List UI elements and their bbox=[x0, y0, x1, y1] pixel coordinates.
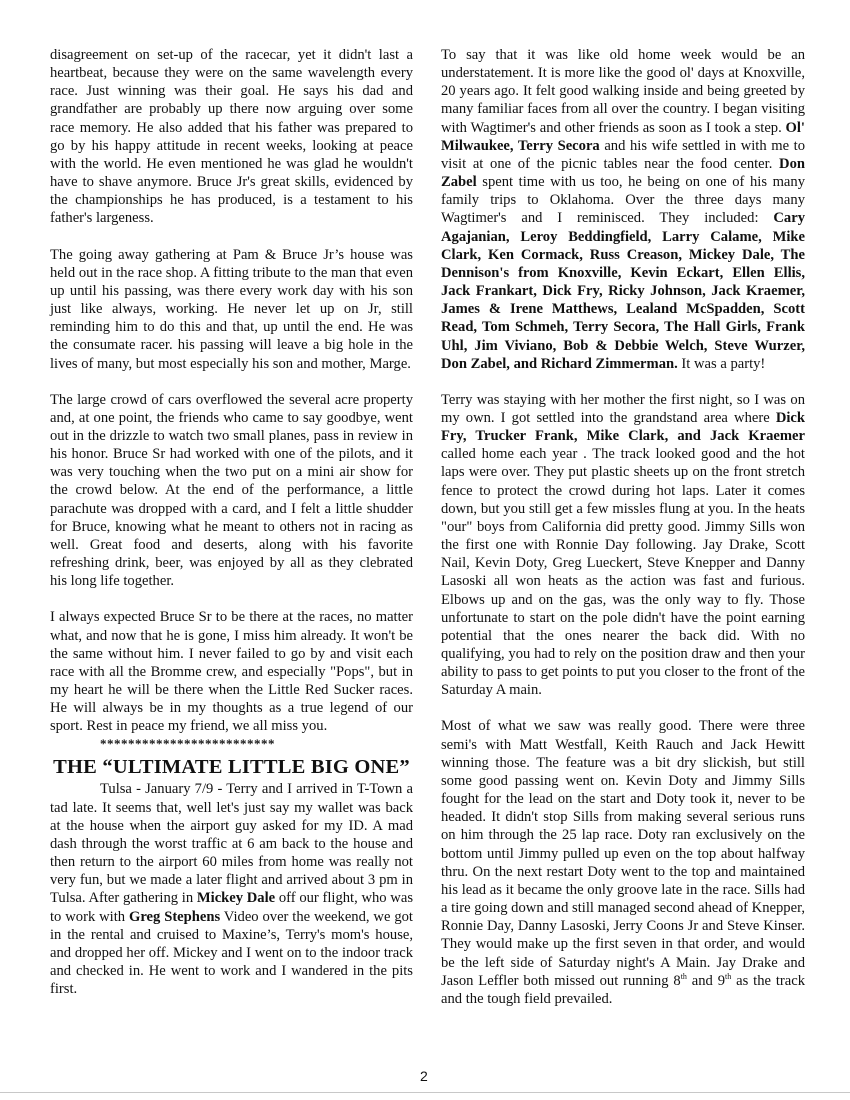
paragraph-crowd-planes: The large crowd of cars overflowed the s… bbox=[50, 391, 413, 591]
section-separator: ************************* bbox=[50, 735, 413, 752]
text-run: To say that it was like old home week wo… bbox=[441, 47, 805, 136]
text-run: Terry was staying with her mother the fi… bbox=[441, 392, 805, 426]
text-run: Tulsa - January 7/9 - Terry and I arrive… bbox=[50, 781, 413, 906]
text-run: called home each year . The track looked… bbox=[441, 446, 805, 698]
bold-names-list: Cary Agajanian, Leroy Beddingfield, Larr… bbox=[441, 210, 805, 371]
left-column: disagreement on set-up of the racecar, y… bbox=[50, 46, 413, 998]
paragraph-going-away-gathering: The going away gathering at Pam & Bruce … bbox=[50, 246, 413, 373]
bold-name: Greg Stephens bbox=[129, 909, 220, 925]
paragraph-old-home-week: To say that it was like old home week wo… bbox=[441, 46, 805, 373]
right-column: To say that it was like old home week wo… bbox=[441, 46, 805, 1008]
paragraph-feature-race: Most of what we saw was really good. The… bbox=[441, 717, 805, 1008]
page-bottom-rule bbox=[0, 1092, 850, 1093]
paragraph-rest-in-peace: I always expected Bruce Sr to be there a… bbox=[50, 608, 413, 735]
text-run: spent time with us too, he being on one … bbox=[441, 174, 805, 226]
text-run: Most of what we saw was really good. The… bbox=[441, 718, 805, 988]
article-headline: THE “ULTIMATE LITTLE BIG ONE” bbox=[50, 754, 413, 780]
text-run: and 9 bbox=[687, 973, 725, 989]
text-run: It was a party! bbox=[678, 356, 766, 372]
page-number: 2 bbox=[420, 1068, 428, 1084]
paragraph-grandstand-heats: Terry was staying with her mother the fi… bbox=[441, 391, 805, 700]
paragraph-bruce-jr-skills: disagreement on set-up of the racecar, y… bbox=[50, 46, 413, 228]
bold-name: Mickey Dale bbox=[197, 890, 275, 906]
paragraph-tulsa-arrival: Tulsa - January 7/9 - Terry and I arrive… bbox=[50, 780, 413, 998]
